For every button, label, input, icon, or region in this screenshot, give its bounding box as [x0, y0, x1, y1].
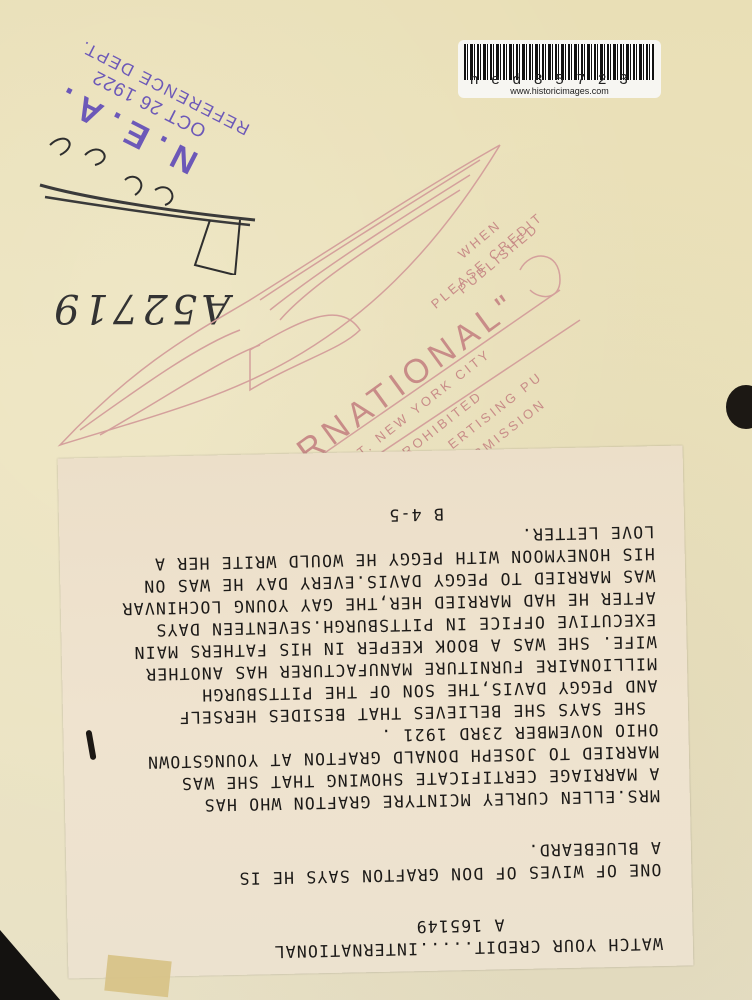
caption-line: LOVE LETTER.: [520, 521, 654, 545]
caption-line: B 4-5: [388, 503, 444, 526]
barcode-label: ned85723 www.historicimages.com: [458, 40, 661, 98]
caption-line: ONE OF WIVES OF DON GRAFTON SAYS HE IS: [238, 859, 661, 889]
tape-strip: [104, 955, 171, 997]
caption-line: WATCH YOUR CREDIT.....INTERNATIONAL: [273, 933, 663, 963]
caption-line: A BLUEBEARD.: [527, 837, 661, 861]
caption-slip: WATCH YOUR CREDIT.....INTERNATIONAL A 16…: [58, 446, 694, 979]
handwritten-scribble-icon: [35, 125, 265, 275]
caption-text-block: WATCH YOUR CREDIT.....INTERNATIONAL A 16…: [58, 446, 694, 979]
handwritten-number: A52719: [50, 285, 230, 331]
caption-line: A 165149: [415, 914, 505, 937]
barcode-url: www.historicimages.com: [458, 86, 661, 96]
